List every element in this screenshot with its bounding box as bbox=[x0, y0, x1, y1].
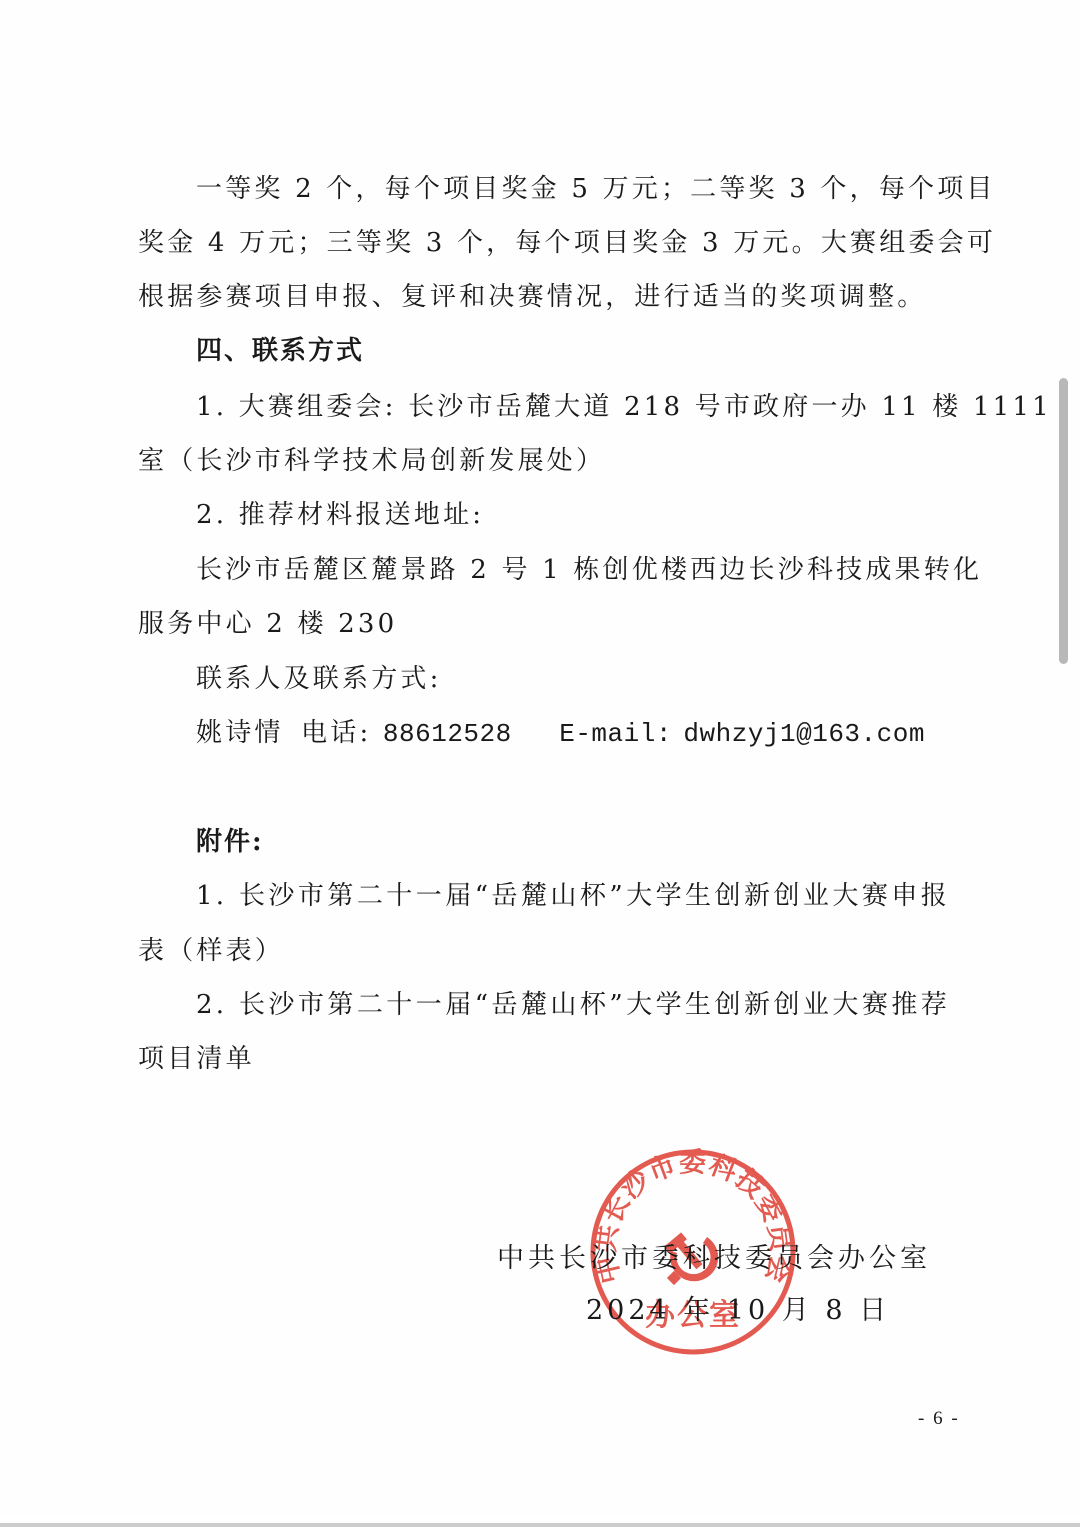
awards-line-3: 根据参赛项目申报、复评和决赛情况，进行适当的奖项调整。 bbox=[138, 280, 950, 314]
vertical-scrollbar[interactable] bbox=[1059, 378, 1068, 664]
attachments-heading: 附件: bbox=[196, 825, 950, 859]
issue-date: 2024 年 10 月 8 日 bbox=[586, 1288, 890, 1327]
submission-address-line-2: 服务中心 2 楼 230 bbox=[138, 607, 950, 641]
document-page: 一等奖 2 个，每个项目奖金 5 万元；二等奖 3 个，每个项目 奖金 4 万元… bbox=[0, 0, 1080, 1515]
contact-info: 姚诗情 电话: 88612528 E-mail: dwhzyj1@163.com bbox=[196, 716, 950, 751]
section-heading-contact: 四、联系方式 bbox=[196, 334, 950, 368]
attachment-1-line-2: 表（样表） bbox=[138, 934, 950, 968]
email-label: E-mail: bbox=[559, 719, 672, 749]
committee-address-line-2: 室（长沙市科学技术局创新发展处） bbox=[138, 444, 950, 478]
committee-address-line-1: 1. 大赛组委会: 长沙市岳麓大道 218 号市政府一办 11 楼 1111 bbox=[196, 390, 950, 424]
email-address: dwhzyj1@163.com bbox=[683, 719, 925, 749]
bottom-divider bbox=[0, 1523, 1080, 1527]
submission-address-line-1: 长沙市岳麓区麓景路 2 号 1 栋创优楼西边长沙科技成果转化 bbox=[196, 553, 950, 587]
awards-line-1: 一等奖 2 个，每个项目奖金 5 万元；二等奖 3 个，每个项目 bbox=[196, 172, 950, 206]
attachment-2-line-2: 项目清单 bbox=[138, 1042, 950, 1076]
awards-line-2: 奖金 4 万元；三等奖 3 个，每个项目奖金 3 万元。大赛组委会可 bbox=[138, 226, 950, 260]
attachment-1-line-1: 1. 长沙市第二十一届“岳麓山杯”大学生创新创业大赛申报 bbox=[196, 879, 950, 913]
contact-name: 姚诗情 bbox=[196, 718, 284, 748]
phone-number: 88612528 bbox=[383, 719, 512, 749]
attachment-2-line-1: 2. 长沙市第二十一届“岳麓山杯”大学生创新创业大赛推荐 bbox=[196, 988, 950, 1022]
page-number: - 6 - bbox=[918, 1408, 960, 1430]
contact-label: 联系人及联系方式: bbox=[196, 662, 950, 696]
phone-label: 电话: bbox=[301, 718, 371, 748]
submission-address-label: 2. 推荐材料报送地址: bbox=[196, 498, 950, 532]
issuing-organization: 中共长沙市委科技委员会办公室 bbox=[497, 1236, 931, 1275]
